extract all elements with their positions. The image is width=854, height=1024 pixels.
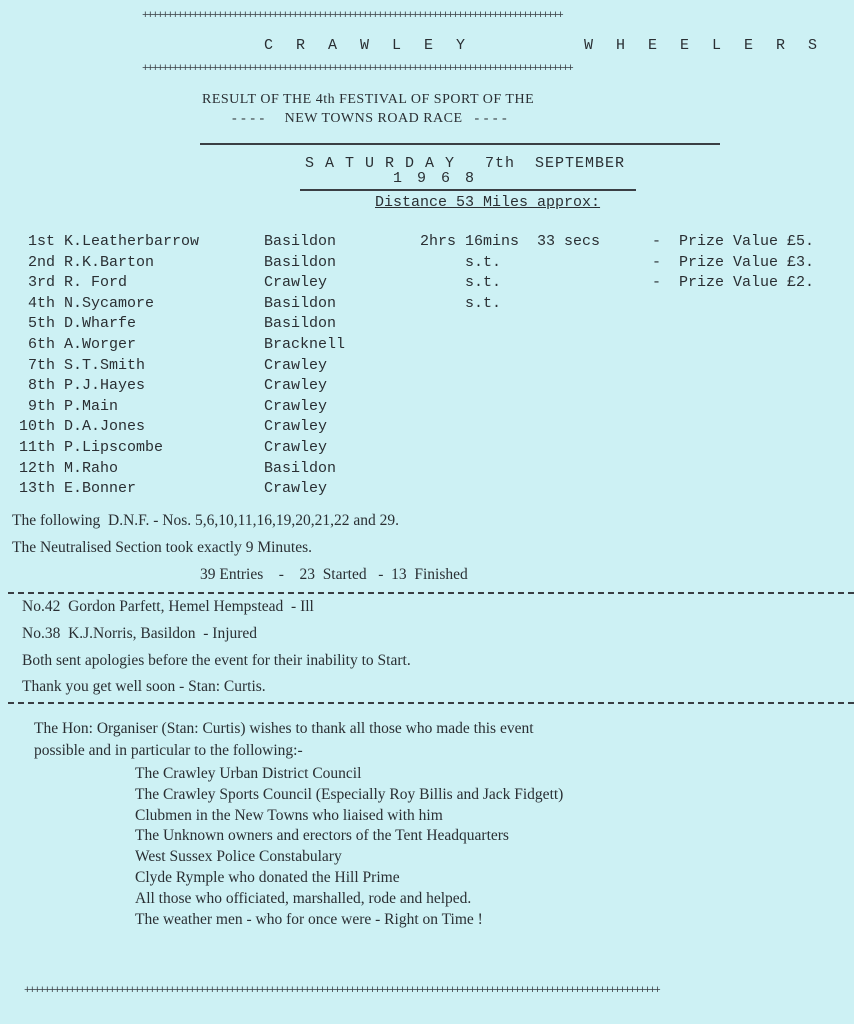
rider-prize: - Prize Value £2. bbox=[652, 274, 814, 291]
rider-place-name: 11th P.Lipscombe bbox=[19, 439, 163, 456]
rider-club: Basildon bbox=[264, 233, 336, 250]
neutralised-line: The Neutralised Section took exactly 9 M… bbox=[12, 539, 312, 557]
thanks-item: All those who officiated, marshalled, ro… bbox=[135, 890, 471, 908]
rider-place-name: 3rd R. Ford bbox=[28, 274, 127, 291]
divider bbox=[200, 143, 720, 145]
thanks-intro-1: The Hon: Organiser (Stan: Curtis) wishes… bbox=[34, 720, 534, 738]
rider-place-name: 13th E.Bonner bbox=[19, 480, 136, 497]
thanks-item: The weather men - who for once were - Ri… bbox=[135, 911, 483, 929]
rider-club: Basildon bbox=[264, 254, 336, 271]
rider-time: s.t. bbox=[420, 254, 501, 271]
rider-place-name: 6th A.Worger bbox=[28, 336, 136, 353]
rider-place-name: 2nd R.K.Barton bbox=[28, 254, 154, 271]
rider-club: Basildon bbox=[264, 460, 336, 477]
bottom-border: ++++++++++++++++++++++++++++++++++++++++… bbox=[24, 985, 659, 997]
top-border: ++++++++++++++++++++++++++++++++++++++++… bbox=[142, 10, 562, 22]
thanks-item: West Sussex Police Constabulary bbox=[135, 848, 342, 866]
rider-club: Bracknell bbox=[264, 336, 345, 353]
rider-prize: - Prize Value £5. bbox=[652, 233, 814, 250]
mid-border: ++++++++++++++++++++++++++++++++++++++++… bbox=[142, 63, 572, 75]
club-name: C R A W L E Y W H E E L E R S bbox=[264, 37, 824, 54]
rider-place-name: 1st K.Leatherbarrow bbox=[28, 233, 199, 250]
thanks-item: The Unknown owners and erectors of the T… bbox=[135, 827, 509, 845]
rider-club: Crawley bbox=[264, 439, 327, 456]
race-year: 1 9 6 8 bbox=[393, 170, 477, 187]
rider-place-name: 5th D.Wharfe bbox=[28, 315, 136, 332]
thanks-item: Clubmen in the New Towns who liaised wit… bbox=[135, 807, 443, 825]
rider-time: s.t. bbox=[420, 274, 501, 291]
thanks-item: The Crawley Sports Council (Especially R… bbox=[135, 786, 563, 804]
entry-counts: 39 Entries - 23 Started - 13 Finished bbox=[200, 566, 468, 584]
rider-club: Crawley bbox=[264, 398, 327, 415]
rider-club: Crawley bbox=[264, 274, 327, 291]
non-starter-1: No.42 Gordon Parfett, Hemel Hempstead - … bbox=[22, 598, 314, 616]
non-starter-2: No.38 K.J.Norris, Basildon - Injured bbox=[22, 625, 257, 643]
rider-place-name: 4th N.Sycamore bbox=[28, 295, 154, 312]
thanks-item: Clyde Rymple who donated the Hill Prime bbox=[135, 869, 400, 887]
race-distance: Distance 53 Miles approx: bbox=[375, 194, 600, 211]
thanks-intro-2: possible and in particular to the follow… bbox=[34, 742, 303, 760]
rider-club: Crawley bbox=[264, 357, 327, 374]
divider bbox=[300, 189, 636, 191]
rider-time: 2hrs 16mins 33 secs bbox=[420, 233, 600, 250]
apology-note: Both sent apologies before the event for… bbox=[22, 652, 411, 670]
get-well-note: Thank you get well soon - Stan: Curtis. bbox=[22, 678, 266, 696]
dnf-line: The following D.N.F. - Nos. 5,6,10,11,16… bbox=[12, 512, 399, 530]
rider-prize: - Prize Value £3. bbox=[652, 254, 814, 271]
divider bbox=[8, 592, 854, 594]
result-title-line2: - - - - NEW TOWNS ROAD RACE - - - - bbox=[232, 111, 507, 127]
rider-time: s.t. bbox=[420, 295, 501, 312]
rider-club: Crawley bbox=[264, 480, 327, 497]
rider-club: Basildon bbox=[264, 315, 336, 332]
thanks-item: The Crawley Urban District Council bbox=[135, 765, 361, 783]
rider-place-name: 7th S.T.Smith bbox=[28, 357, 145, 374]
rider-place-name: 8th P.J.Hayes bbox=[28, 377, 145, 394]
rider-club: Crawley bbox=[264, 418, 327, 435]
rider-place-name: 10th D.A.Jones bbox=[19, 418, 145, 435]
rider-place-name: 12th M.Raho bbox=[19, 460, 118, 477]
divider bbox=[8, 702, 854, 704]
rider-club: Crawley bbox=[264, 377, 327, 394]
rider-place-name: 9th P.Main bbox=[28, 398, 118, 415]
rider-club: Basildon bbox=[264, 295, 336, 312]
result-title-line1: RESULT OF THE 4th FESTIVAL OF SPORT OF T… bbox=[202, 92, 534, 108]
